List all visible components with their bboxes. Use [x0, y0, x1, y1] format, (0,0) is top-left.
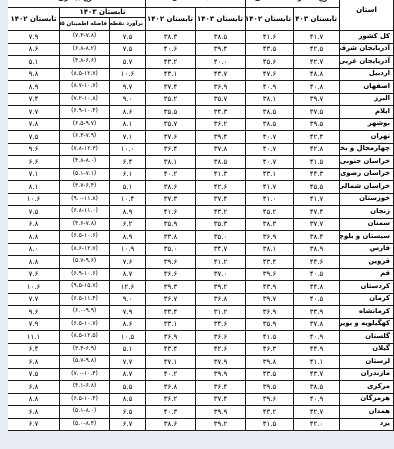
unemployment-1402-value: ۶.۷: [8, 418, 60, 431]
unemployment-1403-ci-value: (۴.۶-۷.۸): [60, 218, 110, 231]
table-row: بوشهر۳۹.۵۳۸.۵۳۶.۲۳۵.۷۸.۱(۶.۵-۹.۷)۷.۸: [8, 118, 394, 131]
unemployment-1403-ci-value: (۶.۹-۱۰.۴): [60, 106, 110, 119]
unemployment-1403-ci-value: (۳.۴-۶.۹): [60, 343, 110, 356]
unemployment-1402-value: ۶.۴: [8, 343, 60, 356]
table-row: سیستان و بلوچستان۳۸.۴۳۶.۹۳۵.۰۳۳.۸۸.۹(۶.۵…: [8, 231, 394, 244]
unemployment-1403-ci-value: (۹.۰-۱۱.۸): [60, 193, 110, 206]
province-name: خراسان شمالی: [340, 181, 394, 194]
employment-1402-value: ۳۸.۳: [146, 31, 196, 44]
employment-1403-value: ۳۷.۴: [196, 193, 246, 206]
province-name: کل کشور: [340, 31, 394, 44]
table-row: قم۴۰.۵۳۹.۶۳۷.۰۳۶.۶۸.۷(۶.۹-۱۰.۶)۷.۶: [8, 268, 394, 281]
participation-1402-value: ۳۹.۶: [246, 268, 294, 281]
unemployment-1403-point-value: ۸.۹: [110, 206, 146, 219]
unemployment-1403-ci-value: (۴.۱-۶.۸): [60, 381, 110, 394]
employment-1402-value: ۴۰.۳: [146, 406, 196, 419]
employment-1402-value: ۳۶.۹: [146, 331, 196, 344]
participation-1403-value: ۳۸.۵: [294, 381, 340, 394]
header-point-estimate: برآورد نقطه‌ای: [110, 18, 146, 31]
unemployment-1403-point-value: ۷.۹: [110, 306, 146, 319]
province-name: ایلام: [340, 106, 394, 119]
participation-1402-value: ۴۱.۶: [246, 31, 294, 44]
employment-1403-value: ۴۱.۲: [196, 256, 246, 269]
participation-1402-value: ۳۹.۵: [246, 381, 294, 394]
unemployment-1403-ci-value: (۶.۸-۱۱.۰): [60, 206, 110, 219]
employment-1403-value: ۳۹.۴: [196, 43, 246, 56]
table-row: ایلام۳۷.۵۳۸.۵۳۴.۳۳۵.۵۸.۶(۶.۹-۱۰.۴)۷.۷: [8, 106, 394, 119]
province-name: چهارمحال و بختیاری: [340, 143, 394, 156]
province-name: گلستان: [340, 331, 394, 344]
participation-1402-value: ۳۸.۱: [246, 243, 294, 256]
unemployment-1402-value: ۶.۸: [8, 406, 60, 419]
province-name: هرمزگان: [340, 393, 394, 406]
employment-1402-value: ۴۱.۶: [146, 206, 196, 219]
province-name: لرستان: [340, 356, 394, 369]
participation-1402-value: ۴۳.۹: [246, 281, 294, 294]
employment-1403-value: ۳۹.۴: [196, 131, 246, 144]
employment-1402-value: ۳۵.۵: [146, 106, 196, 119]
unemployment-1403-point-value: ۸.۶: [110, 318, 146, 331]
unemployment-1403-point-value: ۱۲.۶: [110, 281, 146, 294]
province-name: کردستان: [340, 281, 394, 294]
unemployment-1402-value: ۷.۵: [8, 206, 60, 219]
unemployment-1403-ci-value: (۴.۸-۶.۶): [60, 56, 110, 69]
page: { "page": { "background": "#e9edf4", "ta…: [0, 0, 394, 449]
unemployment-1403-point-value: ۹.۰: [110, 293, 146, 306]
employment-1402-value: ۳۵.۲: [146, 93, 196, 106]
province-name: فارس: [340, 243, 394, 256]
unemployment-1403-ci-value: (۹.۵-۱۵.۷): [60, 281, 110, 294]
table-row: تهران۴۲.۴۴۰.۷۳۹.۴۳۷.۶۷.۱(۶.۳-۷.۹)۷.۵: [8, 131, 394, 144]
province-name: زنجان: [340, 206, 394, 219]
unemployment-1402-value: ۸.۸: [8, 256, 60, 269]
participation-1403-value: ۴۴.۶: [294, 256, 340, 269]
employment-1403-value: ۳۴.۳: [196, 106, 246, 119]
unemployment-1403-point-value: ۱۰.۰: [110, 143, 146, 156]
table-row: خراسان رضوی۴۴.۳۴۳.۱۴۱.۳۴۰.۲۶.۱(۵.۱-۷.۱)۷…: [8, 168, 394, 181]
participation-1403-value: ۳۹.۷: [294, 93, 340, 106]
employment-1402-value: ۳۹.۶: [146, 256, 196, 269]
participation-1402-value: ۴۶.۳: [246, 343, 294, 356]
unemployment-1402-value: ۷.۹: [8, 31, 60, 44]
unemployment-1403-ci-value: (۵.۰-۸.۴): [60, 418, 110, 431]
province-name: کهگیلویه و بویراحمد: [340, 318, 394, 331]
table-row: قزوین۴۴.۶۴۳.۴۴۱.۲۳۹.۶۷.۶(۵.۷-۹.۶)۸.۸: [8, 256, 394, 269]
participation-1402-value: ۴۰.۷: [246, 156, 294, 169]
unemployment-1403-point-value: ۷.۱: [110, 131, 146, 144]
participation-1403-value: ۳۸.۹: [294, 243, 340, 256]
unemployment-1403-point-value: ۶.۲: [110, 218, 146, 231]
participation-1403-value: ۴۰.۵: [294, 268, 340, 281]
participation-1403-value: ۳۷.۸: [294, 318, 340, 331]
province-name: اردبیل: [340, 68, 394, 81]
table-row: خراسان جنوبی۴۱.۵۴۰.۷۳۸.۵۳۸.۱۶.۴(۴.۸-۸.۰)…: [8, 156, 394, 169]
unemployment-1403-ci-value: (۵.۱-۷.۱): [60, 168, 110, 181]
unemployment-1402-value: ۵.۱: [8, 56, 60, 69]
province-name: همدان: [340, 406, 394, 419]
unemployment-1403-point-value: ۸.۷: [110, 268, 146, 281]
participation-1403-value: ۳۳.۹: [294, 306, 340, 319]
table-row: همدان۴۲.۷۴۳.۲۳۹.۹۴۰.۳۶.۵(۵.۱-۸.۰)۶.۸: [8, 406, 394, 419]
employment-1402-value: ۴۰.۶: [146, 43, 196, 56]
participation-1403-value: ۴۴.۳: [294, 168, 340, 181]
employment-1402-value: ۴۳.۲: [146, 56, 196, 69]
employment-1403-value: ۳۹.۹: [196, 406, 246, 419]
unemployment-1403-point-value: ۷.۵: [110, 31, 146, 44]
employment-1402-value: ۳۹.۳: [146, 281, 196, 294]
employment-1402-value: ۳۳.۴: [146, 306, 196, 319]
participation-1402-value: ۴۱.۷: [246, 181, 294, 194]
unemployment-1403-point-value: ۱۰.۶: [110, 68, 146, 81]
unemployment-1402-value: ۶.۸: [8, 381, 60, 394]
table-row: کرمانشاه۳۳.۹۳۶.۹۳۱.۲۳۳.۴۷.۹(۶.۰-۹.۹)۹.۶: [8, 306, 394, 319]
employment-1403-value: ۳۸.۵: [196, 156, 246, 169]
participation-1402-value: ۴۱.۰: [246, 193, 294, 206]
unemployment-1403-ci-value: (۸.۵-۱۲.۵): [60, 331, 110, 344]
participation-1402-value: ۴۷.۶: [246, 68, 294, 81]
participation-1403-value: ۴۴.۹: [294, 343, 340, 356]
employment-1402-value: ۳۳.۱: [146, 318, 196, 331]
unemployment-1402-value: ۷.۷: [8, 293, 60, 306]
employment-1402-value: ۳۵.۹: [146, 218, 196, 231]
province-name: سیستان و بلوچستان: [340, 231, 394, 244]
participation-1402-value: ۳۶.۹: [246, 231, 294, 244]
employment-1402-value: ۴۳.۴: [146, 343, 196, 356]
employment-1403-value: ۳۶.۹: [196, 81, 246, 94]
employment-1403-value: ۴۲.۶: [196, 343, 246, 356]
province-name: اصفهان: [340, 81, 394, 94]
participation-1402-value: ۴۵.۶: [246, 56, 294, 69]
unemployment-1403-ci-value: (۶.۹-۱۰.۶): [60, 268, 110, 281]
unemployment-1403-ci-value: (۸.۶-۱۲.۷): [60, 243, 110, 256]
participation-1403-value: ۴۳.۷: [294, 368, 340, 381]
unemployment-1403-point-value: ۸.۵: [110, 393, 146, 406]
unemployment-1403-point-value: ۱۰.۹: [110, 243, 146, 256]
employment-1403-value: ۳۴.۶: [196, 318, 246, 331]
unemployment-1403-point-value: ۹.۰: [110, 93, 146, 106]
unemployment-1402-value: ۷.۷: [8, 106, 60, 119]
participation-1403-value: ۴۲.۴: [294, 131, 340, 144]
employment-1402-value: ۳۶.۷: [146, 293, 196, 306]
table-viewport: استان نرخ مشارکت اقتصادی نسبت اشتغال نرخ…: [8, 0, 394, 449]
header-participation-1402: تابستان ۱۴۰۲: [246, 8, 294, 31]
province-name: قزوین: [340, 256, 394, 269]
participation-1403-value: ۴۱.۷: [294, 193, 340, 206]
table-row: اصفهان۴۰.۸۴۰.۹۳۶.۹۳۷.۴۹.۷(۸.۷-۱۰.۷)۸.۹: [8, 81, 394, 94]
table-body: کل کشور۴۱.۷۴۱.۶۳۸.۵۳۸.۳۷.۵(۷.۳-۷.۸)۷.۹آذ…: [8, 31, 394, 431]
unemployment-1403-ci-value: (۴.۸-۸.۰): [60, 156, 110, 169]
table-row: کهگیلویه و بویراحمد۳۷.۸۳۵.۹۳۴.۶۳۳.۱۸.۶(۶…: [8, 318, 394, 331]
labor-force-table: استان نرخ مشارکت اقتصادی نسبت اشتغال نرخ…: [8, 0, 394, 431]
header-confidence-interval: فاصله اطمینان ۹۵ درصد: [60, 18, 110, 31]
unemployment-1403-point-value: ۷.۷: [110, 356, 146, 369]
table-row: آذربایجان شرقی۴۲.۵۴۳.۵۳۹.۴۴۰.۶۷.۵(۶.۸-۸.…: [8, 43, 394, 56]
unemployment-1402-value: ۷.۵: [8, 368, 60, 381]
table-row: کل کشور۴۱.۷۴۱.۶۳۸.۵۳۸.۳۷.۵(۷.۳-۷.۸)۷.۹: [8, 31, 394, 44]
participation-1403-value: ۴۷.۴: [294, 206, 340, 219]
province-name: سمنان: [340, 218, 394, 231]
unemployment-1403-ci-value: (۵.۷-۹.۸): [60, 356, 110, 369]
unemployment-1403-point-value: ۵.۷: [110, 56, 146, 69]
table-row: سمنان۳۷.۷۳۸.۳۳۵.۳۳۵.۹۶.۲(۴.۶-۷.۸)۶.۸: [8, 218, 394, 231]
unemployment-1403-ci-value: (۶.۸-۸.۲): [60, 43, 110, 56]
employment-1403-value: ۳۵.۳: [196, 218, 246, 231]
participation-1402-value: ۴۳.۲: [246, 406, 294, 419]
unemployment-1402-value: ۱۰.۶: [8, 193, 60, 206]
province-name: خوزستان: [340, 193, 394, 206]
unemployment-1403-point-value: ۶.۴: [110, 156, 146, 169]
employment-1402-value: ۳۸.۱: [146, 156, 196, 169]
province-name: مازندران: [340, 368, 394, 381]
employment-1403-value: ۳۶.۲: [196, 118, 246, 131]
participation-1403-value: ۴۰.۹: [294, 393, 340, 406]
table-row: چهارمحال و بختیاری۴۲.۸۴۰.۷۳۷.۸۳۶.۴۱۰.۰(۷…: [8, 143, 394, 156]
unemployment-1403-point-value: ۸.۶: [110, 106, 146, 119]
table-row: هرمزگان۴۰.۹۳۹.۶۳۷.۴۳۶.۲۸.۵(۶.۵-۱۰.۴)۸.۸: [8, 393, 394, 406]
unemployment-1403-point-value: ۱۰.۵: [110, 331, 146, 344]
participation-1402-value: ۴۵.۲: [246, 206, 294, 219]
participation-1403-value: ۴۱.۵: [294, 156, 340, 169]
participation-1403-value: ۴۸.۸: [294, 68, 340, 81]
unemployment-1402-value: ۶.۶: [8, 156, 60, 169]
participation-1402-value: ۳۸.۱: [246, 93, 294, 106]
unemployment-1403-ci-value: (۸.۷-۱۰.۷): [60, 81, 110, 94]
unemployment-1402-value: ۱۱.۱: [8, 331, 60, 344]
unemployment-1402-value: ۷.۵: [8, 131, 60, 144]
employment-1402-value: ۳۸.۶: [146, 418, 196, 431]
province-name: البرز: [340, 93, 394, 106]
province-name: کرمان: [340, 293, 394, 306]
participation-1403-value: ۴۴.۸: [294, 281, 340, 294]
unemployment-1402-value: ۸.۶: [8, 43, 60, 56]
table-row: خراسان شمالی۴۵.۵۴۱.۷۴۲.۶۳۸.۶۵.۱(۳.۷-۶.۴)…: [8, 181, 394, 194]
unemployment-1403-ci-value: (۶.۵-۱۱.۴): [60, 293, 110, 306]
unemployment-1403-ci-value: (۷.۸-۱۲.۳): [60, 143, 110, 156]
table-row: البرز۳۹.۷۳۸.۱۳۵.۷۳۵.۲۹.۰(۷.۲-۱۰.۸)۷.۴: [8, 93, 394, 106]
participation-1402-value: ۴۰.۹: [246, 81, 294, 94]
unemployment-1403-point-value: ۸.۹: [110, 231, 146, 244]
unemployment-1403-ci-value: (۳.۷-۶.۴): [60, 181, 110, 194]
employment-1402-value: ۳۷.۶: [146, 131, 196, 144]
employment-1402-value: ۳۳.۸: [146, 231, 196, 244]
table-row: مازندران۴۳.۷۴۳.۵۳۹.۹۴۰.۲۸.۷(۷.۰-۱۰.۴)۷.۵: [8, 368, 394, 381]
participation-1402-value: ۳۹.۸: [246, 356, 294, 369]
unemployment-1403-ci-value: (۶.۳-۷.۹): [60, 131, 110, 144]
table-row: اردبیل۴۸.۸۴۷.۶۴۳.۷۴۳.۱۱۰.۶(۸.۵-۱۲.۷)۹.۸: [8, 68, 394, 81]
employment-1402-value: ۴۳.۱: [146, 68, 196, 81]
participation-1403-value: ۴۲.۸: [294, 143, 340, 156]
employment-1402-value: ۳۶.۶: [146, 268, 196, 281]
province-name: تهران: [340, 131, 394, 144]
unemployment-1403-point-value: ۵.۱: [110, 343, 146, 356]
unemployment-1402-value: ۶.۸: [8, 218, 60, 231]
province-name: بوشهر: [340, 118, 394, 131]
participation-1402-value: ۴۱.۵: [246, 331, 294, 344]
employment-1403-value: ۴۳.۲: [196, 206, 246, 219]
participation-1403-value: ۴۱.۱: [294, 356, 340, 369]
unemployment-1402-value: ۷.۱: [8, 168, 60, 181]
unemployment-1403-ci-value: (۶.۵-۱۰.۷): [60, 318, 110, 331]
unemployment-1403-point-value: ۶.۷: [110, 418, 146, 431]
employment-1402-value: ۳۷.۱: [146, 356, 196, 369]
unemployment-1403-ci-value: (۷.۰-۱۰.۴): [60, 368, 110, 381]
header-unemployment-1402: تابستان ۱۴۰۲: [8, 8, 60, 31]
table-row: لرستان۴۱.۱۳۹.۸۳۷.۹۳۷.۱۷.۷(۵.۷-۹.۸)۶.۸: [8, 356, 394, 369]
participation-1402-value: ۳۶.۹: [246, 306, 294, 319]
province-name: یزد: [340, 418, 394, 431]
employment-1402-value: ۳۶.۸: [146, 381, 196, 394]
employment-1402-value: ۴۰.۲: [146, 168, 196, 181]
participation-1403-value: ۴۰.۹: [294, 331, 340, 344]
participation-1403-value: ۴۰.۵: [294, 293, 340, 306]
table-row: کردستان۴۴.۸۴۳.۹۳۹.۲۳۹.۳۱۲.۶(۹.۵-۱۵.۷)۱۰.…: [8, 281, 394, 294]
participation-1402-value: ۳۸.۵: [246, 106, 294, 119]
group-employment-ratio: نسبت اشتغال: [146, 0, 246, 8]
unemployment-1402-value: ۹.۸: [8, 68, 60, 81]
table-row: مرکزی۳۸.۵۳۹.۵۳۶.۴۳۶.۸۵.۵(۴.۱-۶.۸)۶.۸: [8, 381, 394, 394]
table-row: یزد۴۲.۰۴۱.۵۳۹.۲۳۸.۶۶.۷(۵.۰-۸.۴)۶.۷: [8, 418, 394, 431]
employment-1403-value: ۳۵.۷: [196, 93, 246, 106]
participation-1402-value: ۳۵.۹: [246, 318, 294, 331]
table-row: فارس۳۸.۹۳۸.۱۳۴.۷۳۵.۰۱۰.۹(۸.۶-۱۲.۷)۸.۰: [8, 243, 394, 256]
unemployment-1402-value: ۷.۶: [8, 268, 60, 281]
employment-1402-value: ۳۷.۳: [146, 193, 196, 206]
province-name: گیلان: [340, 343, 394, 356]
participation-1402-value: ۴۰.۷: [246, 143, 294, 156]
province-name: خراسان رضوی: [340, 168, 394, 181]
unemployment-1402-value: ۸.۱: [8, 181, 60, 194]
employment-1402-value: ۳۵.۰: [146, 243, 196, 256]
employment-1403-value: ۳۷.۰: [196, 268, 246, 281]
group-participation-rate: نرخ مشارکت اقتصادی: [246, 0, 340, 8]
employment-1403-value: ۳۷.۸: [196, 143, 246, 156]
table-row: کرمان۴۰.۵۳۹.۷۳۶.۸۳۶.۷۹.۰(۶.۵-۱۱.۴)۷.۷: [8, 293, 394, 306]
participation-1402-value: ۴۳.۵: [246, 368, 294, 381]
unemployment-1402-value: ۱۰.۶: [8, 281, 60, 294]
participation-1402-value: ۳۸.۳: [246, 218, 294, 231]
employment-1403-value: ۳۷.۴: [196, 393, 246, 406]
unemployment-1403-point-value: ۹.۷: [110, 81, 146, 94]
header-employment-1403: تابستان ۱۴۰۳: [196, 8, 246, 31]
employment-1403-value: ۳۱.۲: [196, 306, 246, 319]
unemployment-1403-point-value: ۱۰.۴: [110, 193, 146, 206]
unemployment-1403-point-value: ۷.۶: [110, 256, 146, 269]
employment-1402-value: ۳۶.۴: [146, 143, 196, 156]
participation-1402-value: ۴۳.۴: [246, 256, 294, 269]
unemployment-1402-value: ۸.۹: [8, 81, 60, 94]
table-row: زنجان۴۷.۴۴۵.۲۴۳.۲۴۱.۶۸.۹(۶.۸-۱۱.۰)۷.۵: [8, 206, 394, 219]
unemployment-1403-point-value: ۶.۵: [110, 406, 146, 419]
group-unemployment-rate: نرخ بیکاری: [8, 0, 146, 8]
unemployment-1402-value: ۸.۰: [8, 243, 60, 256]
employment-1403-value: ۳۶.۸: [196, 293, 246, 306]
unemployment-1403-ci-value: (۷.۲-۱۰.۸): [60, 93, 110, 106]
participation-1403-value: ۴۲.۷: [294, 56, 340, 69]
unemployment-1402-value: ۹.۶: [8, 143, 60, 156]
province-name: کرمانشاه: [340, 306, 394, 319]
employment-1403-value: ۳۷.۹: [196, 356, 246, 369]
participation-1402-value: ۳۹.۷: [246, 293, 294, 306]
unemployment-1402-value: ۷.۸: [8, 118, 60, 131]
employment-1403-value: ۴۳.۷: [196, 68, 246, 81]
employment-1403-value: ۳۴.۷: [196, 243, 246, 256]
unemployment-1403-ci-value: (۵.۷-۹.۶): [60, 256, 110, 269]
employment-1402-value: ۳۵.۷: [146, 118, 196, 131]
participation-1403-value: ۳۷.۵: [294, 106, 340, 119]
header-unemployment-1403-group: تابستان ۱۴۰۳: [60, 8, 146, 18]
province-name: قم: [340, 268, 394, 281]
employment-1403-value: ۳۹.۹: [196, 368, 246, 381]
participation-1402-value: ۳۸.۵: [246, 118, 294, 131]
employment-1403-value: ۳۸.۵: [196, 31, 246, 44]
province-name: آذربایجان غربی: [340, 56, 394, 69]
participation-1403-value: ۳۸.۴: [294, 231, 340, 244]
unemployment-1403-point-value: ۸.۱: [110, 118, 146, 131]
participation-1402-value: ۴۱.۵: [246, 418, 294, 431]
employment-1403-value: ۳۹.۲: [196, 418, 246, 431]
participation-1403-value: ۴۲.۷: [294, 406, 340, 419]
employment-1403-value: ۴۱.۳: [196, 168, 246, 181]
header-employment-1402: تابستان ۱۴۰۲: [146, 8, 196, 31]
unemployment-1402-value: ۹.۶: [8, 306, 60, 319]
group-header-row: استان نرخ مشارکت اقتصادی نسبت اشتغال نرخ…: [8, 0, 394, 8]
province-column-header: استان: [340, 0, 394, 31]
employment-1402-value: ۴۰.۲: [146, 368, 196, 381]
participation-1403-value: ۴۵.۵: [294, 181, 340, 194]
employment-1403-value: ۴۲.۶: [196, 181, 246, 194]
employment-1402-value: ۳۸.۶: [146, 181, 196, 194]
table-row: خوزستان۴۱.۷۴۱.۰۳۷.۴۳۷.۳۱۰.۴(۹.۰-۱۱.۸)۱۰.…: [8, 193, 394, 206]
participation-1402-value: ۴۳.۱: [246, 168, 294, 181]
participation-1402-value: ۴۰.۷: [246, 131, 294, 144]
unemployment-1402-value: ۷.۴: [8, 93, 60, 106]
employment-1403-value: ۳۶.۶: [196, 331, 246, 344]
unemployment-1402-value: ۸.۸: [8, 393, 60, 406]
participation-1403-value: ۳۷.۷: [294, 218, 340, 231]
employment-1403-value: ۳۵.۰: [196, 231, 246, 244]
province-name: آذربایجان شرقی: [340, 43, 394, 56]
unemployment-1403-point-value: ۸.۷: [110, 368, 146, 381]
unemployment-1403-ci-value: (۶.۰-۹.۹): [60, 306, 110, 319]
employment-1402-value: ۳۷.۴: [146, 81, 196, 94]
unemployment-1403-ci-value: (۶.۵-۱۰.۴): [60, 393, 110, 406]
employment-1403-value: ۴۰.۰: [196, 56, 246, 69]
table-row: گلستان۴۰.۹۴۱.۵۳۶.۶۳۶.۹۱۰.۵(۸.۵-۱۲.۵)۱۱.۱: [8, 331, 394, 344]
unemployment-1403-point-value: ۶.۱: [110, 168, 146, 181]
participation-1403-value: ۴۲.۵: [294, 43, 340, 56]
table-row: گیلان۴۴.۹۴۶.۳۴۲.۶۴۳.۴۵.۱(۳.۴-۶.۹)۶.۴: [8, 343, 394, 356]
participation-1403-value: ۴۰.۸: [294, 81, 340, 94]
table-header: استان نرخ مشارکت اقتصادی نسبت اشتغال نرخ…: [8, 0, 394, 31]
employment-1403-value: ۳۶.۴: [196, 381, 246, 394]
employment-1403-value: ۳۹.۲: [196, 281, 246, 294]
unemployment-1402-value: ۶.۸: [8, 356, 60, 369]
participation-1402-value: ۴۳.۵: [246, 43, 294, 56]
province-name: مرکزی: [340, 381, 394, 394]
employment-1402-value: ۳۶.۲: [146, 393, 196, 406]
table-row: آذربایجان غربی۴۲.۷۴۵.۶۴۰.۰۴۳.۲۵.۷(۴.۸-۶.…: [8, 56, 394, 69]
unemployment-1402-value: ۸.۸: [8, 231, 60, 244]
unemployment-1403-ci-value: (۶.۵-۱۰.۶): [60, 231, 110, 244]
unemployment-1403-point-value: ۵.۱: [110, 181, 146, 194]
participation-1403-value: ۳۹.۵: [294, 118, 340, 131]
unemployment-1403-point-value: ۵.۵: [110, 381, 146, 394]
participation-1402-value: ۳۹.۶: [246, 393, 294, 406]
unemployment-1402-value: ۷.۹: [8, 318, 60, 331]
unemployment-1403-ci-value: (۵.۱-۸.۰): [60, 406, 110, 419]
unemployment-1403-point-value: ۷.۵: [110, 43, 146, 56]
unemployment-1403-ci-value: (۷.۳-۷.۸): [60, 31, 110, 44]
